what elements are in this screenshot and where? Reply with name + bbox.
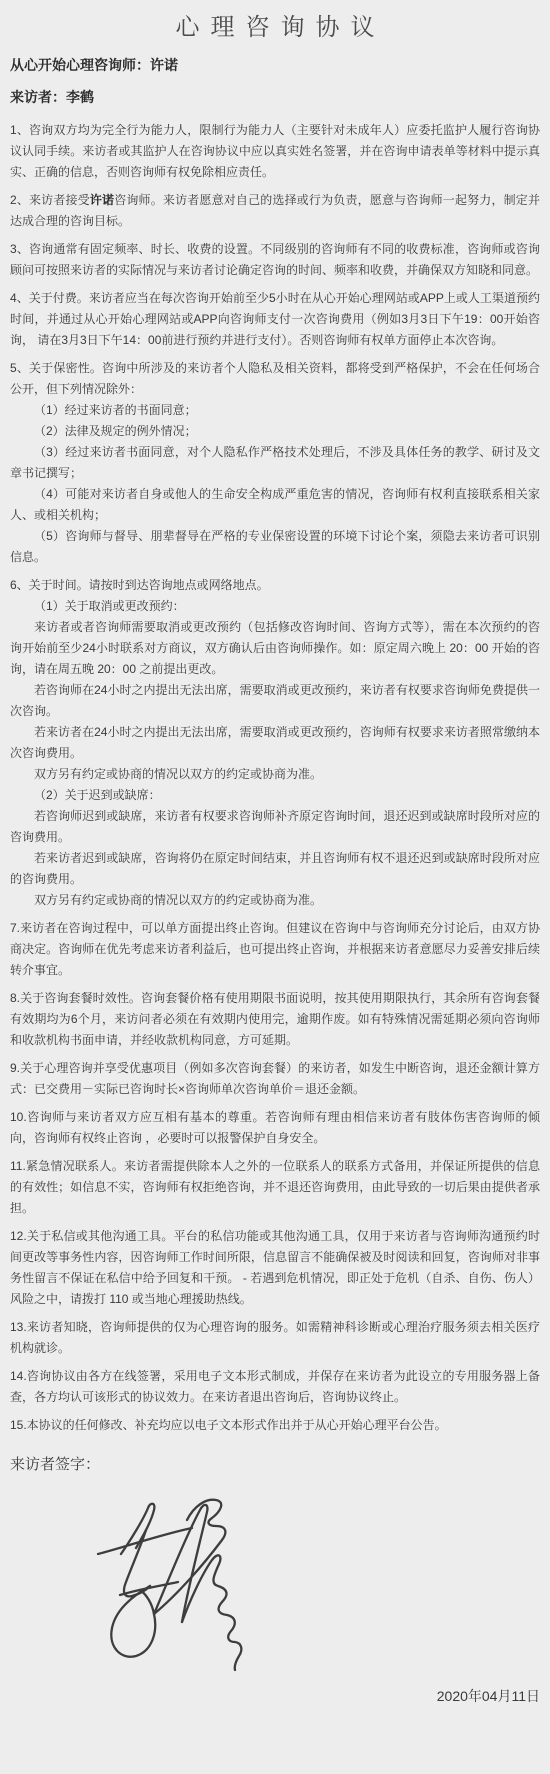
clause-paragraph: 9.关于心理咨询并享受优惠项目（例如多次咨询套餐）的来访者，如发生中断咨询，退还… <box>10 1058 540 1100</box>
clause-paragraph: （3）经过来访者书面同意，对个人隐私作严格技术处理后，不涉及具体任务的教学、研讨… <box>10 442 540 484</box>
clause-paragraph: （5）咨询师与督导、朋辈督导在严格的专业保密设置的环境下讨论个案，须隐去来访者可… <box>10 526 540 568</box>
clause-11: 11.紧急情况联系人。来访者需提供除本人之外的一位联系人的联系方式备用，并保证所… <box>10 1156 540 1219</box>
clause-paragraph: 12.关于私信或其他沟通工具。平台的私信功能或其他沟通工具，仅用于来访者与咨询师… <box>10 1226 540 1310</box>
clause-8: 8.关于咨询套餐时效性。咨询套餐价格有使用期限书面说明，按其使用期限执行，其余所… <box>10 988 540 1051</box>
clause-3: 3、咨询通常有固定频率、时长、收费的设置。不同级别的咨询师有不同的收费标准，咨询… <box>10 239 540 281</box>
clause-paragraph: 若来访者迟到或缺席，咨询将仍在原定时间结束，并且咨询师有权不退还迟到或缺席时段所… <box>10 848 540 890</box>
clause-paragraph: 15.本协议的任何修改、补充均应以电子文本形式作出并于从心开始心理平台公告。 <box>10 1415 540 1436</box>
clause-paragraph: 10.咨询师与来访者双方应互相有基本的尊重。若咨询师有理由相信来访者有肢体伤害咨… <box>10 1107 540 1149</box>
page-title: 心理咨询协议 <box>0 0 550 44</box>
clause-7: 7.来访者在咨询过程中，可以单方面提出终止咨询。但建议在咨询中与咨询师充分讨论后… <box>10 918 540 981</box>
clause-paragraph: 2、来访者接受许诺咨询师。来访者愿意对自己的选择或行为负责，愿意与咨询师一起努力… <box>10 190 540 232</box>
clause-paragraph: 5、关于保密性。咨询中所涉及的来访者个人隐私及相关资料，都将受到严格保护，不会在… <box>10 358 540 400</box>
clause-paragraph: 若来访者在24小时之内提出无法出席，需要取消或更改预约，咨询师有权要求来访者照常… <box>10 722 540 764</box>
document-body: 从心开始心理咨询师：许诺 来访者：李鹤 1、咨询双方均为完全行为能力人，限制行为… <box>0 55 550 1474</box>
clause-paragraph: 1、咨询双方均为完全行为能力人，限制行为能力人（主要针对未成年人）应委托监护人履… <box>10 120 540 183</box>
counselor-line: 从心开始心理咨询师：许诺 <box>10 55 540 75</box>
clause-paragraph: （1）关于取消或更改预约： <box>10 596 540 617</box>
client-signature <box>88 1490 303 1675</box>
clause-paragraph: 若咨询师在24小时之内提出无法出席，需要取消或更改预约，来访者有权要求咨询师免费… <box>10 680 540 722</box>
clause-paragraph: 14.咨询协议由各方在线签署，采用电子文本形式制成，并保存在来访者为此设立的专用… <box>10 1366 540 1408</box>
clause-12: 12.关于私信或其他沟通工具。平台的私信功能或其他沟通工具，仅用于来访者与咨询师… <box>10 1226 540 1310</box>
clause-paragraph: 4、关于付费。来访者应当在每次咨询开始前至少5小时在从心开始心理网站或APP上或… <box>10 288 540 351</box>
clause-paragraph: 双方另有约定或协商的情况以双方的约定或协商为准。 <box>10 890 540 911</box>
clause-paragraph: （2）法律及规定的例外情况； <box>10 421 540 442</box>
agreement-document: 心理咨询协议 从心开始心理咨询师：许诺 来访者：李鹤 1、咨询双方均为完全行为能… <box>0 0 550 1774</box>
signature-label: 来访者签字： <box>10 1453 540 1474</box>
signature-date: 2020年04月11日 <box>437 1686 540 1706</box>
clause-paragraph: 6、关于时间。请按时到达咨询地点或网络地点。 <box>10 575 540 596</box>
clause-paragraph: 3、咨询通常有固定频率、时长、收费的设置。不同级别的咨询师有不同的收费标准，咨询… <box>10 239 540 281</box>
client-line: 来访者：李鹤 <box>10 87 540 107</box>
clause-9: 9.关于心理咨询并享受优惠项目（例如多次咨询套餐）的来访者，如发生中断咨询，退还… <box>10 1058 540 1100</box>
clause-paragraph: （2）关于迟到或缺席： <box>10 785 540 806</box>
clauses: 1、咨询双方均为完全行为能力人，限制行为能力人（主要针对未成年人）应委托监护人履… <box>10 120 540 1436</box>
clause-paragraph: （4）可能对来访者自身或他人的生命安全构成严重危害的情况，咨询师有权利直接联系相… <box>10 484 540 526</box>
clause-paragraph: 双方另有约定或协商的情况以双方的约定或协商为准。 <box>10 764 540 785</box>
clause-1: 1、咨询双方均为完全行为能力人，限制行为能力人（主要针对未成年人）应委托监护人履… <box>10 120 540 183</box>
clause-4: 4、关于付费。来访者应当在每次咨询开始前至少5小时在从心开始心理网站或APP上或… <box>10 288 540 351</box>
clause-5: 5、关于保密性。咨询中所涉及的来访者个人隐私及相关资料，都将受到严格保护，不会在… <box>10 358 540 568</box>
clause-paragraph: 7.来访者在咨询过程中，可以单方面提出终止咨询。但建议在咨询中与咨询师充分讨论后… <box>10 918 540 981</box>
clause-10: 10.咨询师与来访者双方应互相有基本的尊重。若咨询师有理由相信来访者有肢体伤害咨… <box>10 1107 540 1149</box>
clause-14: 14.咨询协议由各方在线签署，采用电子文本形式制成，并保存在来访者为此设立的专用… <box>10 1366 540 1408</box>
clause-paragraph: 13.来访者知晓，咨询师提供的仅为心理咨询的服务。如需精神科诊断或心理治疗服务须… <box>10 1317 540 1359</box>
clause-paragraph: 若咨询师迟到或缺席，来访者有权要求咨询师补齐原定咨询时间，退还迟到或缺席时段所对… <box>10 806 540 848</box>
clause-paragraph: 8.关于咨询套餐时效性。咨询套餐价格有使用期限书面说明，按其使用期限执行，其余所… <box>10 988 540 1051</box>
clause-paragraph: 来访者或者咨询师需要取消或更改预约（包括修改咨询时间、咨询方式等），需在本次预约… <box>10 617 540 680</box>
clause-13: 13.来访者知晓，咨询师提供的仅为心理咨询的服务。如需精神科诊断或心理治疗服务须… <box>10 1317 540 1359</box>
clause-paragraph: 11.紧急情况联系人。来访者需提供除本人之外的一位联系人的联系方式备用，并保证所… <box>10 1156 540 1219</box>
clause-2: 2、来访者接受许诺咨询师。来访者愿意对自己的选择或行为负责，愿意与咨询师一起努力… <box>10 190 540 232</box>
clause-6: 6、关于时间。请按时到达咨询地点或网络地点。（1）关于取消或更改预约：来访者或者… <box>10 575 540 911</box>
clause-15: 15.本协议的任何修改、补充均应以电子文本形式作出并于从心开始心理平台公告。 <box>10 1415 540 1436</box>
clause-paragraph: （1）经过来访者的书面同意； <box>10 400 540 421</box>
